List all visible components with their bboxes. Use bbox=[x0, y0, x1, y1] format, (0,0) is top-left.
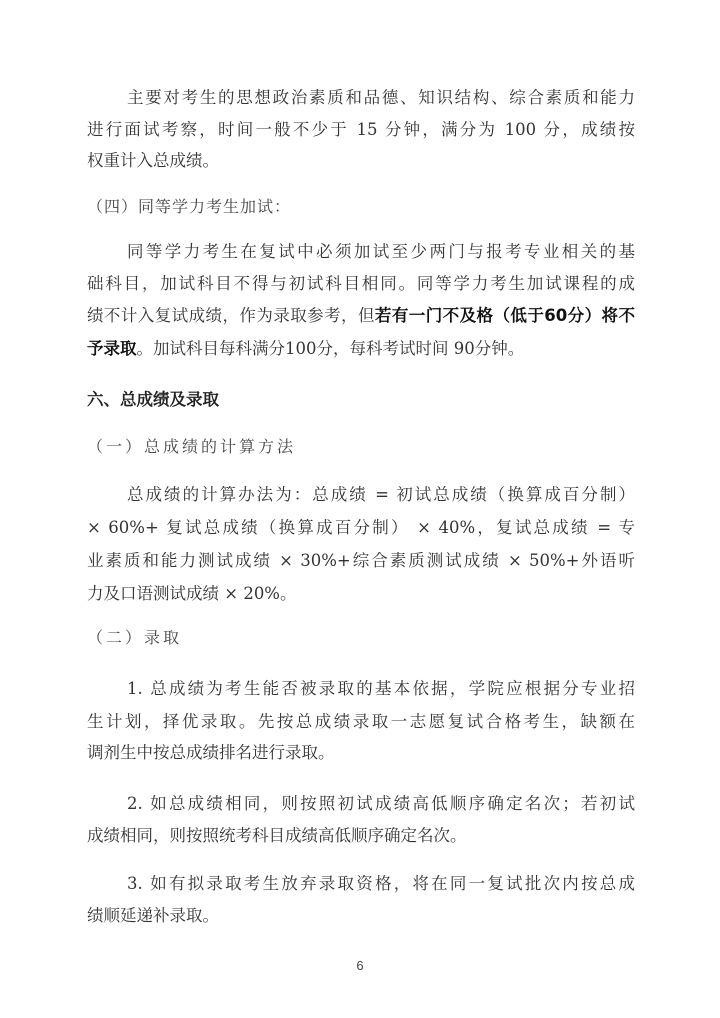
text-line: × 60%+ 复试总成绩（换算成百分制） × 40%，复试总成绩 = 专 bbox=[87, 517, 635, 539]
text-line: 生计划，择优录取。先按总成绩录取一志愿复试合格考生，缺额在 bbox=[87, 711, 635, 733]
text-line: 成绩相同，则按照统考科目成绩高低顺序确定名次。 bbox=[87, 825, 635, 847]
text-normal: 。加试科目每科满分100分，每科考试时间 90分钟。 bbox=[137, 339, 525, 358]
text-line: 总成绩的计算办法为：总成绩 = 初试总成绩（换算成百分制） bbox=[127, 484, 635, 506]
text-line: 1. 总成绩为考生能否被录取的基本依据，学院应根据分专业招 bbox=[127, 678, 635, 700]
text-normal: 绩不计入复试成绩，作为录取参考，但 bbox=[87, 306, 375, 325]
text-line: 同等学力考生在复试中必须加试至少两门与报考专业相关的基 bbox=[127, 241, 635, 263]
text-line: 力及口语测试成绩 × 20%。 bbox=[87, 583, 635, 605]
subsection-heading-equivalent-exam: （四）同等学力考生加试： bbox=[87, 196, 291, 218]
text-line: 业素质和能力测试成绩 × 30%+综合素质测试成绩 × 50%+外语听 bbox=[87, 550, 635, 572]
text-line: 权重计入总成绩。 bbox=[87, 150, 635, 172]
text-bold-warning: 若有一门不及格（低于60分）将不 bbox=[375, 306, 635, 325]
subsection-heading-calculation: （一）总成绩的计算方法 bbox=[87, 436, 296, 458]
section-heading-total-score: 六、总成绩及录取 bbox=[87, 389, 219, 411]
text-bold-warning: 予录取 bbox=[87, 339, 137, 358]
subsection-heading-admission: （二）录取 bbox=[87, 627, 182, 649]
document-page: 主要对考生的思想政治素质和品德、知识结构、综合素质和能力 进行面试考察，时间一般… bbox=[0, 0, 720, 1018]
text-line: 3. 如有拟录取考生放弃录取资格，将在同一复试批次内按总成 bbox=[127, 873, 635, 895]
text-line: 调剂生中按总成绩排名进行录取。 bbox=[87, 742, 635, 764]
text-line: 础科目，加试科目不得与初试科目相同。同等学力考生加试课程的成 bbox=[87, 273, 635, 295]
text-line: 进行面试考察，时间一般不少于 15 分钟，满分为 100 分，成绩按 bbox=[87, 119, 635, 141]
text-line: 予录取。加试科目每科满分100分，每科考试时间 90分钟。 bbox=[87, 338, 635, 360]
text-line: 主要对考生的思想政治素质和品德、知识结构、综合素质和能力 bbox=[127, 87, 635, 109]
text-line: 2. 如总成绩相同，则按照初试成绩高低顺序确定名次；若初试 bbox=[127, 793, 635, 815]
page-number: 6 bbox=[0, 958, 720, 973]
text-line: 绩不计入复试成绩，作为录取参考，但若有一门不及格（低于60分）将不 bbox=[87, 305, 635, 327]
text-line: 绩顺延递补录取。 bbox=[87, 905, 635, 927]
